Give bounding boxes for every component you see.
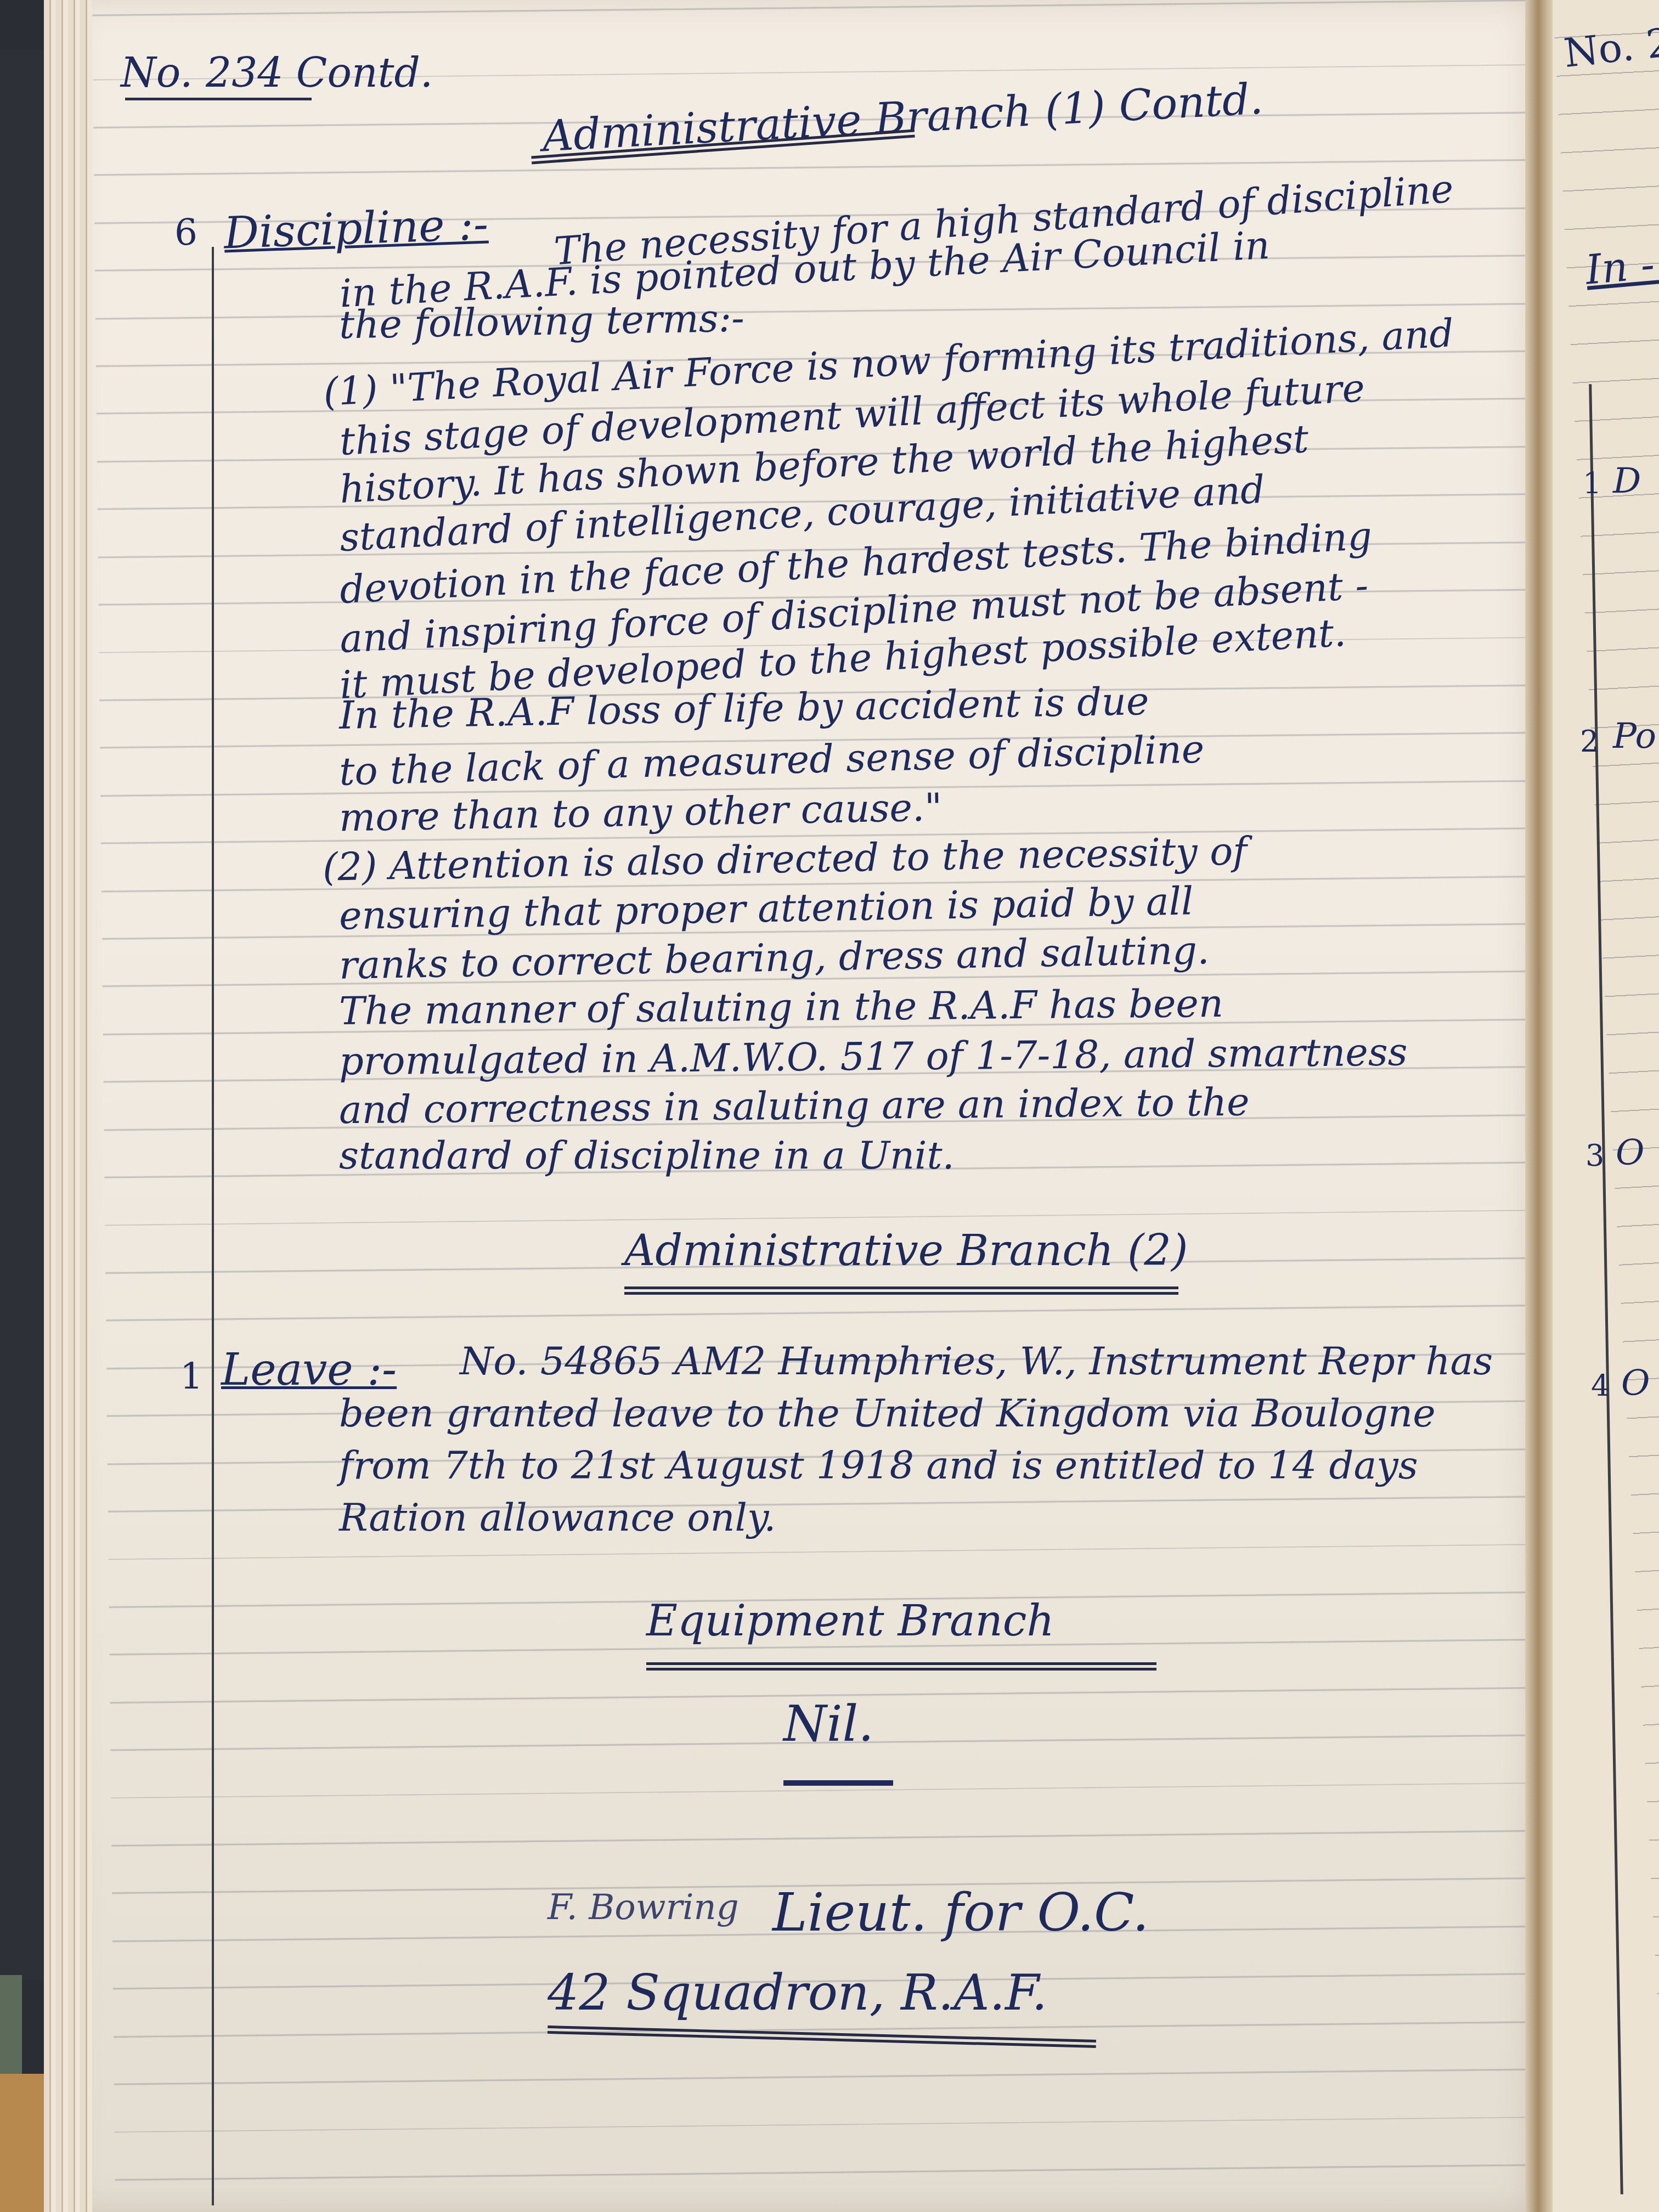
background-surface (0, 1975, 22, 2074)
section-heading-equipment: Equipment Branch (646, 1596, 1054, 1646)
page-number: No. 234 Contd. (121, 49, 433, 97)
text-line: Ration allowance only. (339, 1495, 776, 1540)
text-line: No. 54865 AM2 Humphries, W., Instrument … (460, 1339, 1493, 1384)
item-fragment: D (1613, 461, 1641, 501)
item-number: 2 (1580, 724, 1599, 759)
heading-underline (646, 1662, 1156, 1671)
signature-unit: 42 Squadron, R.A.F. (548, 1964, 1047, 2022)
text-line: The manner of saluting in the R.A.F has … (339, 981, 1224, 1034)
item-number: 1 (180, 1355, 203, 1397)
section-heading-admin-2: Administrative Branch (2) (624, 1226, 1188, 1276)
page-edges (44, 0, 96, 2212)
page-number-underline (125, 98, 312, 100)
item-label-discipline: Discipline :- (223, 199, 489, 259)
signature-rank: Lieut. for O.C. (772, 1882, 1149, 1943)
text-line: from 7th to 21st August 1918 and is enti… (339, 1443, 1418, 1488)
book-cover (0, 49, 49, 1980)
item-fragment: O (1616, 1133, 1644, 1173)
heading-underline (624, 1286, 1178, 1295)
item-fragment: Po (1613, 716, 1656, 757)
item-number: 1 (1583, 466, 1601, 501)
item-number: 6 (174, 211, 198, 253)
signature-name: F. Bowring (548, 1887, 739, 1928)
text-line: the following terms:- (338, 296, 744, 348)
item-number: 3 (1585, 1138, 1604, 1173)
item-label-leave: Leave :- (221, 1344, 397, 1395)
text-line: and correctness in saluting are an index… (339, 1080, 1250, 1132)
equipment-nil-text: Nil. (783, 1695, 874, 1753)
text-line: been granted leave to the United Kingdom… (339, 1391, 1436, 1436)
section-end-rule (783, 1780, 893, 1786)
left-page: No. 234 Contd. Administrative Branch (1)… (92, 0, 1551, 2212)
item-number: 4 (1591, 1369, 1610, 1403)
text-line: standard of discipline in a Unit. (339, 1133, 955, 1178)
ruled-lines (1553, 0, 1659, 2209)
margin-rule (212, 247, 214, 2205)
right-page: No. 235 In - th 1 D 2 Po 3 O 4 O (1553, 0, 1659, 2212)
item-fragment: O (1621, 1363, 1650, 1404)
text-line: promulgated in A.M.W.O. 517 of 1-7-18, a… (339, 1030, 1408, 1084)
